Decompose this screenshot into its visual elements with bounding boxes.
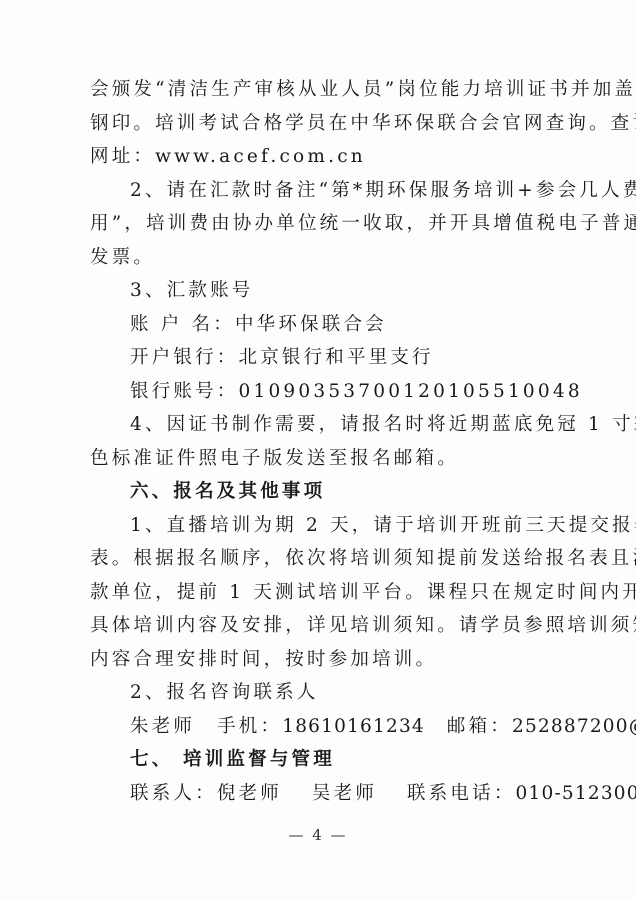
text-line-order: 表。根据报名顺序，依次将培训须知提前发送给报名表且汇 [90,542,536,576]
text-line-photo: 4、因证书制作需要，请报名时将近期蓝底免冠 1 寸彩 [90,408,536,442]
email-label: 邮箱： [447,716,512,737]
text-line-account-heading: 3、汇款账号 [90,274,536,308]
text-line-bank: 开户银行：北京银行和平里支行 [90,341,536,375]
text-line-live-training: 1、直播培训为期 2 天，请于培训开班前三天提交报名 [90,509,536,543]
contact-line-supervision: 联系人：倪老师吴老师联系电话：010-51230063 [90,777,536,811]
text-line-test-platform: 款单位，提前 1 天测试培训平台。课程只在规定时间内开放， [90,576,536,610]
text-line-remit-note: 2、请在汇款时备注“第*期环保服务培训+参会几人费 [90,174,536,208]
contact-line-zhu: 朱老师手机：18610161234邮箱：252887200@qq.com [90,710,536,744]
page-number: — 4 — [0,826,636,844]
contact-label: 联系人： [130,783,217,804]
section-heading-6: 六、报名及其他事项 [90,475,536,509]
text-line-details: 具体培训内容及安排，详见培训须知。请学员参照培训须知 [90,609,536,643]
text-line-arrange: 内容合理安排时间，按时参加培训。 [90,643,536,677]
text-line-photo-cont: 色标准证件照电子版发送至报名邮箱。 [90,442,536,476]
text-line-website: 网址：www.acef.com.cn [90,140,536,174]
contact-person-ni: 倪老师 [217,783,282,804]
phone-label: 联系电话： [407,783,516,804]
document-body: 会颁发“清洁生产审核从业人员”岗位能力培训证书并加盖 钢印。培训考试合格学员在中… [90,73,536,810]
text-line-invoice: 发票。 [90,241,536,275]
phone-number: 18610161234 [282,716,425,737]
contact-person-wu: 吴老师 [312,783,377,804]
text-line-query: 钢印。培训考试合格学员在中华环保联合会官网查询。查询 [90,107,536,141]
contact-name: 朱老师 [130,716,195,737]
phone-label: 手机： [217,716,282,737]
email-address: 252887200@qq.com [512,716,636,737]
document-page: 会颁发“清洁生产审核从业人员”岗位能力培训证书并加盖 钢印。培训考试合格学员在中… [0,0,636,900]
text-line-certificate: 会颁发“清洁生产审核从业人员”岗位能力培训证书并加盖 [90,73,536,107]
text-line-account-name: 账 户 名：中华环保联合会 [90,308,536,342]
text-line-contact-heading: 2、报名咨询联系人 [90,676,536,710]
section-heading-7: 七、 培训监督与管理 [90,743,536,777]
phone-number: 010-51230063 [516,783,636,804]
text-line-account-number: 银行账号：01090353700120105510048 [90,375,536,409]
text-line-fee: 用”，培训费由协办单位统一收取，并开具增值税电子普通 [90,207,536,241]
